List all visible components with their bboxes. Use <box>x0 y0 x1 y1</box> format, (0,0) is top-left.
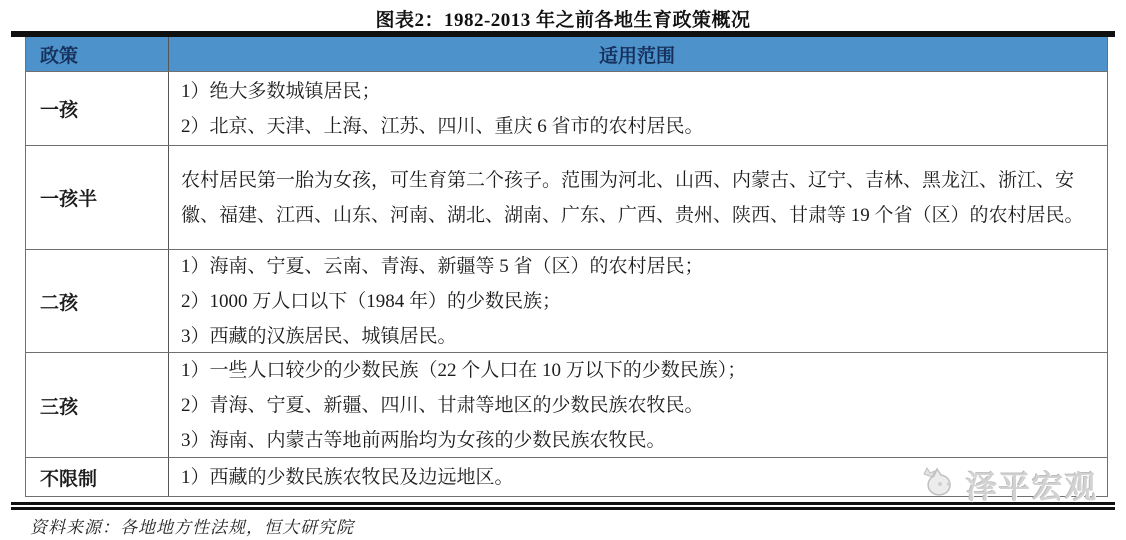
table-row: 三孩 1）一些人口较少的少数民族（22 个人口在 10 万以下的少数民族）； 2… <box>26 352 1107 457</box>
header-cell-policy: 政策 <box>26 37 169 71</box>
scope-cell: 1）一些人口较少的少数民族（22 个人口在 10 万以下的少数民族）； 2）青海… <box>169 353 1107 457</box>
cat-logo-icon <box>920 464 960 505</box>
scope-line: 1）海南、宁夏、云南、青海、新疆等 5 省（区）的农村居民； <box>181 249 1093 284</box>
policy-cell: 二孩 <box>26 250 169 352</box>
policy-cell: 三孩 <box>26 353 169 457</box>
table-row: 一孩半 农村居民第一胎为女孩，可生育第二个孩子。范围为河北、山西、内蒙古、辽宁、… <box>26 145 1107 249</box>
source-note: 资料来源：各地地方性法规，恒大研究院 <box>30 513 354 538</box>
scope-line: 3）西藏的汉族居民、城镇居民。 <box>181 319 1093 354</box>
scope-line: 1）一些人口较少的少数民族（22 个人口在 10 万以下的少数民族）； <box>181 353 1093 388</box>
policy-cell: 一孩 <box>26 72 169 145</box>
table-row: 二孩 1）海南、宁夏、云南、青海、新疆等 5 省（区）的农村居民； 2）1000… <box>26 249 1107 352</box>
page: 图表2：1982-2013 年之前各地生育政策概况 政策 适用范围 一孩 1）绝… <box>0 0 1126 540</box>
watermark-label: 泽平宏观 <box>966 462 1098 507</box>
scope-cell: 农村居民第一胎为女孩，可生育第二个孩子。范围为河北、山西、内蒙古、辽宁、吉林、黑… <box>169 146 1107 249</box>
policy-cell: 不限制 <box>26 458 169 496</box>
zeping-macro-watermark: 泽平宏观 <box>920 462 1098 507</box>
scope-line: 2）青海、宁夏、新疆、四川、甘肃等地区的少数民族农牧民。 <box>181 388 1093 423</box>
scope-cell: 1）绝大多数城镇居民； 2）北京、天津、上海、江苏、四川、重庆 6 省市的农村居… <box>169 72 1107 145</box>
scope-cell: 1）海南、宁夏、云南、青海、新疆等 5 省（区）的农村居民； 2）1000 万人… <box>169 250 1107 352</box>
header-cell-scope: 适用范围 <box>169 37 1107 71</box>
table-row: 一孩 1）绝大多数城镇居民； 2）北京、天津、上海、江苏、四川、重庆 6 省市的… <box>26 71 1107 145</box>
chart-title: 图表2：1982-2013 年之前各地生育政策概况 <box>0 5 1126 32</box>
scope-line: 3）海南、内蒙古等地前两胎均为女孩的少数民族农牧民。 <box>181 423 1093 458</box>
policy-cell: 一孩半 <box>26 146 169 249</box>
scope-line: 2）北京、天津、上海、江苏、四川、重庆 6 省市的农村居民。 <box>181 109 1093 144</box>
scope-line: 2）1000 万人口以下（1984 年）的少数民族； <box>181 284 1093 319</box>
table-header-row: 政策 适用范围 <box>26 37 1107 71</box>
policy-table: 政策 适用范围 一孩 1）绝大多数城镇居民； 2）北京、天津、上海、江苏、四川、… <box>25 37 1108 497</box>
scope-line: 农村居民第一胎为女孩，可生育第二个孩子。范围为河北、山西、内蒙古、辽宁、吉林、黑… <box>181 163 1093 233</box>
scope-line: 1）绝大多数城镇居民； <box>181 74 1093 109</box>
